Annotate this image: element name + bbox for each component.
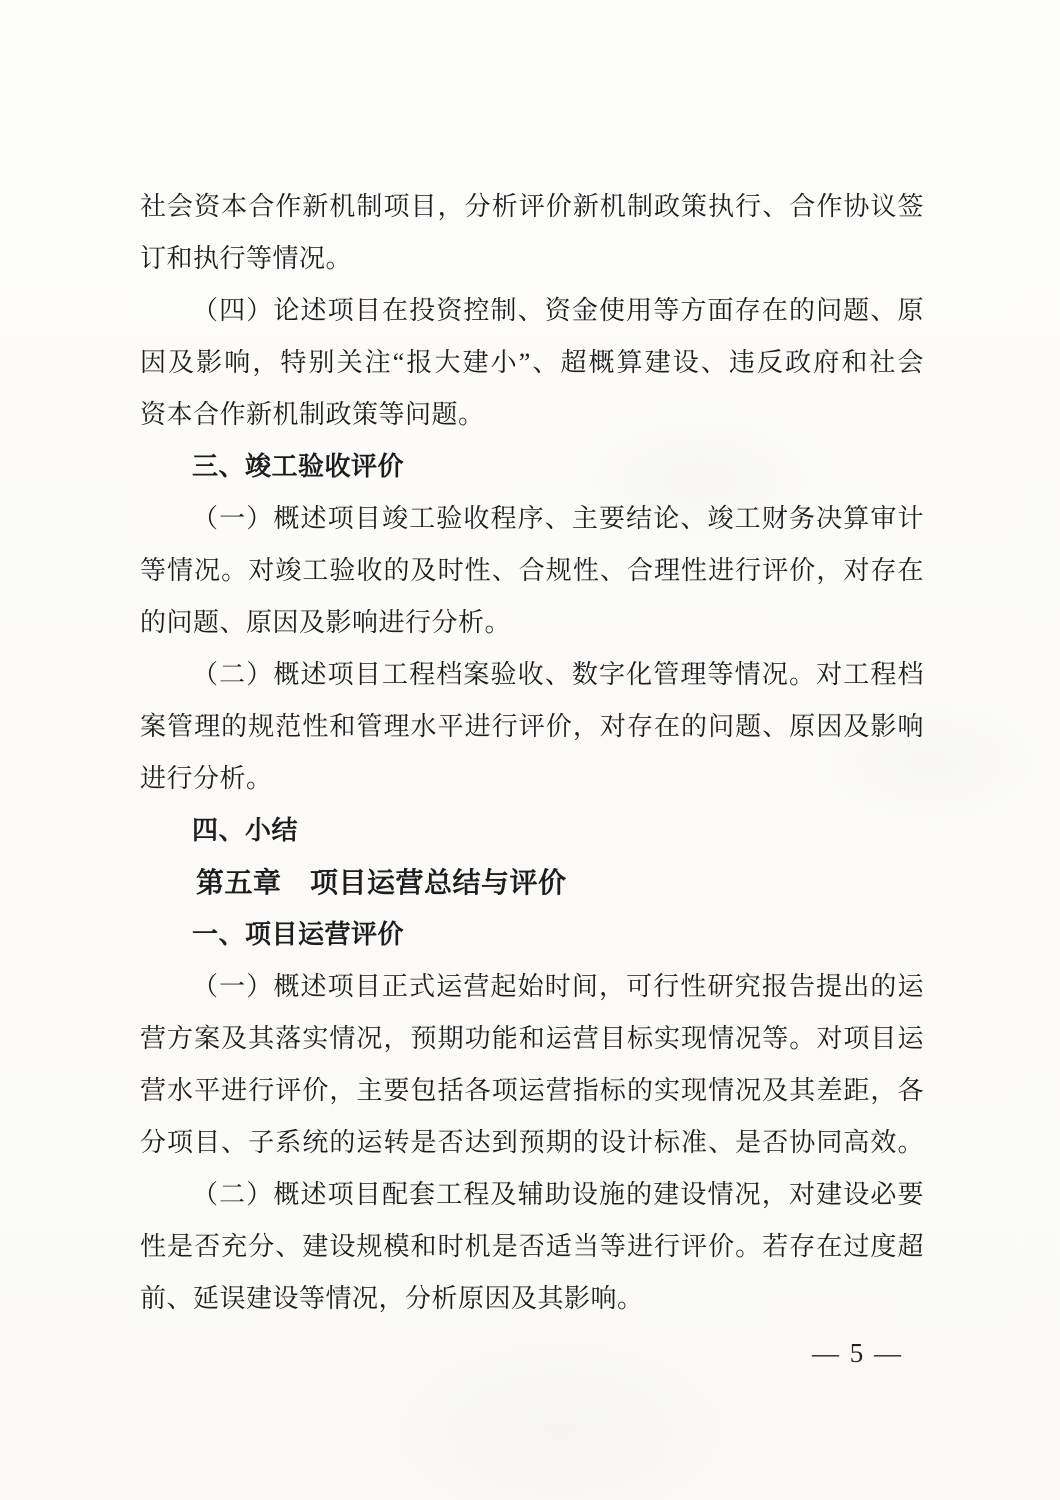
text-line: 营水平进行评价，主要包括各项运营指标的实现情况及其差距，各 <box>140 1065 924 1117</box>
chapter-heading: 第五章 项目运营总结与评价 <box>140 857 924 909</box>
text-line: 分项目、子系统的运转是否达到预期的设计标准、是否协同高效。 <box>140 1117 924 1169</box>
text-line: 的问题、原因及影响进行分析。 <box>140 597 924 649</box>
text-line: （一）概述项目竣工验收程序、主要结论、竣工财务决算审计 <box>140 493 924 545</box>
text-line: 社会资本合作新机制项目，分析评价新机制政策执行、合作协议签 <box>140 181 924 233</box>
page-number: — 5 — <box>812 1327 903 1379</box>
text-line: （四）论述项目在投资控制、资金使用等方面存在的问题、原 <box>140 285 924 337</box>
text-line: 等情况。对竣工验收的及时性、合规性、合理性进行评价，对存在 <box>140 545 924 597</box>
text-line: 营方案及其落实情况，预期功能和运营目标实现情况等。对项目运 <box>140 1013 924 1065</box>
text-line: 进行分析。 <box>140 753 924 805</box>
text-line: （一）概述项目正式运营起始时间，可行性研究报告提出的运 <box>140 961 924 1013</box>
section-heading: 一、项目运营评价 <box>140 909 924 961</box>
text-line: 资本合作新机制政策等问题。 <box>140 389 924 441</box>
text-line: 案管理的规范性和管理水平进行评价，对存在的问题、原因及影响 <box>140 701 924 753</box>
section-heading: 三、竣工验收评价 <box>140 441 924 493</box>
text-line: （二）概述项目配套工程及辅助设施的建设情况，对建设必要 <box>140 1169 924 1221</box>
document-body: 社会资本合作新机制项目，分析评价新机制政策执行、合作协议签 订和执行等情况。 （… <box>140 181 924 1325</box>
text-line: （二）概述项目工程档案验收、数字化管理等情况。对工程档 <box>140 649 924 701</box>
text-line: 性是否充分、建设规模和时机是否适当等进行评价。若存在过度超 <box>140 1221 924 1273</box>
scanned-document-page: 社会资本合作新机制项目，分析评价新机制政策执行、合作协议签 订和执行等情况。 （… <box>0 0 1060 1500</box>
text-line: 订和执行等情况。 <box>140 233 924 285</box>
section-heading: 四、小结 <box>140 805 924 857</box>
text-line: 因及影响，特别关注“报大建小”、超概算建设、违反政府和社会 <box>140 337 924 389</box>
text-line: 前、延误建设等情况，分析原因及其影响。 <box>140 1273 924 1325</box>
